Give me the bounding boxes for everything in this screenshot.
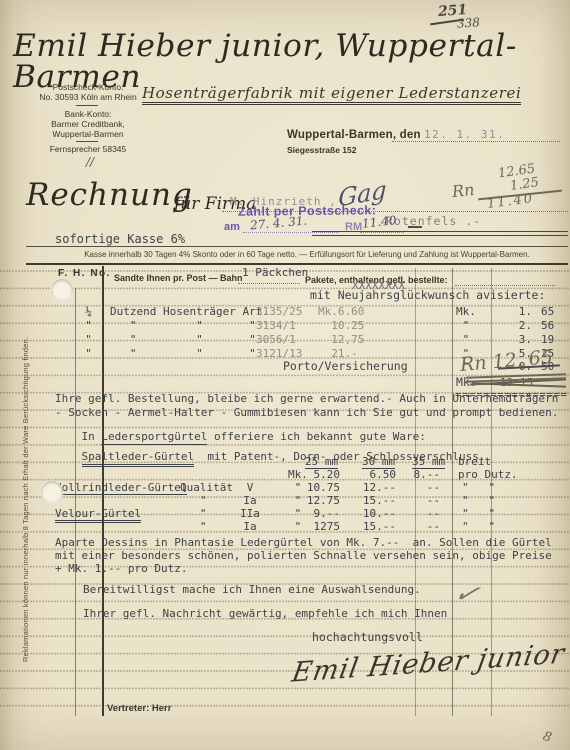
letter-para2-line3: + Mk. 1.-- pro Dutz. — [55, 563, 187, 574]
sent-typed-value: 1 Päckchen — [242, 267, 308, 278]
city-date-label: Wuppertal-Barmen, den — [287, 130, 421, 142]
item-art-no: 3134/1 — [256, 320, 296, 331]
item-desc: " " " — [110, 348, 256, 359]
postscheck-number: No. 30593 Köln am Rhein — [10, 93, 166, 102]
item-marks: 1. — [495, 306, 532, 317]
porto-label: Porto/Versicherung — [283, 361, 408, 373]
belt-price-25: 12.75 — [300, 495, 340, 506]
item-marks: 3. — [495, 334, 532, 345]
pencil-calc-prefix: Rn — [451, 182, 475, 200]
item-desc: " " " — [110, 334, 256, 345]
belt-quality-label: " — [180, 495, 207, 506]
item-art-no: 3056/1 — [256, 334, 296, 345]
letter-intro-line2: - Socken - Aermel-Halter - Gummibiesen k… — [55, 407, 558, 418]
item-list-price: 12,75 — [318, 334, 364, 345]
belt-price-30: 6.50 — [356, 469, 396, 480]
letter-auswahl-line: Bereitwilligst mache ich Ihnen eine Ausw… — [83, 584, 421, 595]
belt-price-35: -- — [408, 495, 440, 506]
item-row: ¼ Dutzend Hosenträger Art. 3135/25 Mk.6.… — [0, 306, 570, 320]
postscheck-label: Postscheck-Konto: — [28, 83, 148, 92]
margin-reclamation-note: Reklamationen können nur innerhalb 8 Tag… — [22, 264, 30, 662]
punch-hole-top — [51, 279, 73, 301]
letter-salutation: hochachtungsvoll — [312, 632, 423, 644]
belt-grade: Ia — [232, 521, 268, 532]
item-qty: " — [75, 348, 102, 359]
conditions-rule-top — [26, 246, 568, 247]
bottom-page-mark: 8 — [541, 730, 553, 745]
belt-label: Vollrindleder-Gürtel — [55, 482, 187, 495]
belt-unit: " " — [462, 521, 495, 532]
stamp-am-leader — [243, 232, 339, 233]
conditions-rule-bottom — [26, 263, 568, 265]
belt-price-30: 10.-- — [356, 508, 396, 519]
belt-price-35: -- — [408, 521, 440, 532]
sent-leader — [238, 283, 300, 284]
item-art-no: 3121/13 — [256, 348, 302, 359]
letterhead-divider-2 — [76, 141, 98, 142]
stamp-line1: Zahlt per Postscheck: — [238, 204, 376, 218]
bank-city: Wuppertal-Barmen — [28, 130, 148, 139]
belt-price-25: 9.-- — [300, 508, 340, 519]
sent-prefix: Sandte Ihnen pr. Post — Bahn — [114, 274, 243, 283]
cash-terms: sofortige Kasse 6% — [55, 233, 185, 245]
letterhead-divider-1 — [76, 105, 98, 106]
street-address: Siegesstraße 152 — [287, 146, 356, 155]
item-pfennig: 65 — [541, 306, 554, 317]
belt-price-row: " Ia " 1275 15.-- -- " " — [0, 521, 570, 534]
belt-price-25: 10.75 — [300, 482, 340, 493]
item-list-price: 21.- — [318, 348, 358, 359]
bank-name: Barmer Creditbank, — [28, 120, 148, 129]
item-qty: " — [75, 334, 102, 345]
letter-para2-line1: Aparte Dessins in Phantasie Ledergürtel … — [55, 537, 552, 548]
item-row: " " " " 3134/1 10.25 " 2. 56 — [0, 320, 570, 334]
pencil-calc-line3: 11.40 — [486, 192, 534, 211]
date-value: 12. 1. 31. — [424, 129, 505, 140]
phone-handwritten-mark: // — [86, 156, 94, 168]
belt-price-25: 1275 — [300, 521, 340, 532]
pencil-calc-line2: 1.25 — [509, 176, 539, 193]
vertreter-label: Vertreter: Herr — [107, 704, 171, 714]
stamp-rm-leader — [360, 232, 404, 233]
item-currency: " — [456, 334, 469, 345]
item-pfennig: 19 — [541, 334, 554, 345]
belt-price-35: -- — [408, 482, 440, 493]
item-art-no: 3135/25 — [256, 306, 302, 317]
belt-price-35: 8.-- — [408, 469, 440, 480]
item-desc: Dutzend Hosenträger Art. — [110, 306, 269, 317]
invoice-document: 251 338 Emil Hieber junior, Wuppertal-Ba… — [0, 0, 570, 750]
belt-quality-label: Qualität — [180, 482, 233, 493]
belt-col-header-breit: breit — [458, 456, 491, 467]
conditions-text: Kasse innerhalb 30 Tagen 4% Skonto oder … — [62, 251, 552, 259]
rotenfels-note: Rotenfels .- — [386, 216, 481, 228]
belt-price-25: 5.20 — [300, 469, 340, 480]
belt-price-30: 15.-- — [356, 521, 396, 532]
avisierte-line: mit Neujahrsglückwunsch avisierte: — [310, 290, 545, 302]
item-desc: " " " — [110, 320, 256, 331]
item-currency: " — [456, 320, 469, 331]
punch-hole-bottom — [41, 481, 63, 503]
stamp-am-value: 27. 4. 31. — [250, 215, 308, 232]
letter-intro-line1: Ihre gefl. Bestellung, bleibe ich gerne … — [55, 393, 558, 404]
letter-nachricht-line: Ihrer gefl. Nachricht gewärtig, empfehle… — [83, 608, 447, 619]
item-marks: 2. — [495, 320, 532, 331]
belt-grade: V — [232, 482, 268, 493]
item-qty: ¼ — [75, 306, 102, 317]
invoice-title: Rechnung — [26, 180, 193, 211]
phone-number: Fernsprecher 58345 — [23, 145, 153, 154]
item-pfennig: 56 — [541, 320, 554, 331]
item-list-price: Mk.6.60 — [318, 306, 364, 317]
bank-label: Bank-Konto: — [28, 110, 148, 119]
fh-no-label: F. H. No. — [58, 269, 111, 279]
belt-quality-label: " — [180, 508, 207, 519]
item-currency: Mk. — [456, 306, 476, 317]
belt-grade: IIa — [232, 508, 268, 519]
company-subtitle: Hosenträgerfabrik mit eigener Lederstanz… — [142, 86, 521, 105]
item-qty: " — [75, 320, 102, 331]
belt-grade: Ia — [232, 495, 268, 506]
belt-unit: " " — [462, 482, 495, 493]
spaltleder-guertel-underlined: Spaltleder-Gürtel — [82, 450, 195, 467]
letter-para2-line2: mit einer besonders schönen, polierten S… — [55, 550, 552, 561]
belt-unit: pro Dutz. — [458, 469, 518, 480]
stamp-am-label: am — [224, 222, 240, 233]
item-row: " " " " 3056/1 12,75 " 3. 19 — [0, 334, 570, 348]
sent-suffix-leader — [455, 285, 555, 286]
belt-price-30: 15.-- — [356, 495, 396, 506]
rotenfels-rule-1 — [312, 231, 568, 232]
belt-price-30: 12.-- — [356, 482, 396, 493]
belt-price-35: -- — [408, 508, 440, 519]
belt-unit: " " — [462, 495, 495, 506]
rotenfels-rule-2 — [312, 235, 568, 236]
belt-quality-label: " — [180, 521, 207, 532]
date-leader-line — [392, 141, 560, 142]
belt-unit: " " — [462, 508, 495, 519]
item-list-price: 10.25 — [318, 320, 364, 331]
